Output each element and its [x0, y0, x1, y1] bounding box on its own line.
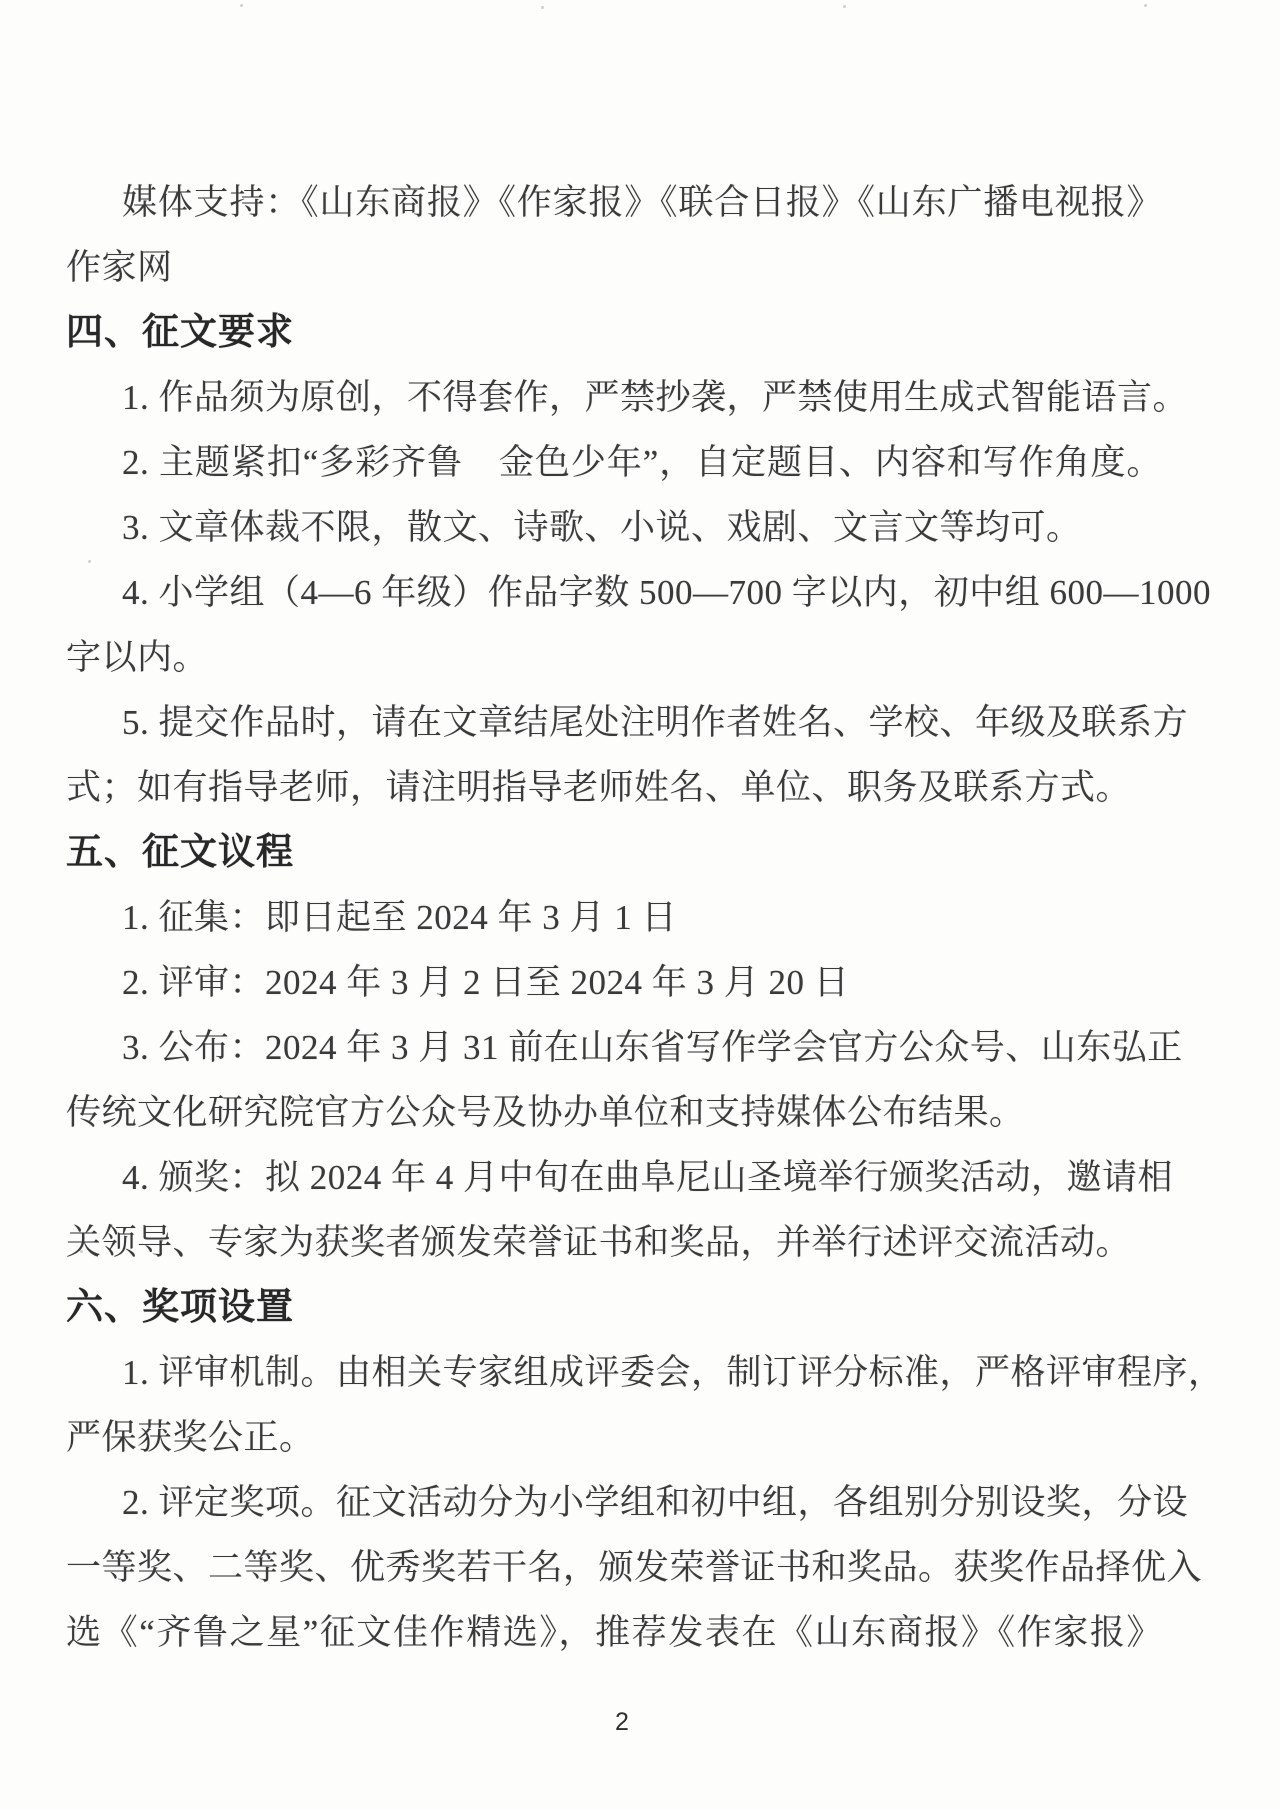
scan-speck	[1144, 4, 1147, 7]
scan-speck	[541, 6, 544, 9]
text-line: 作家网	[66, 235, 1162, 300]
text-line: 媒体支持：《山东商报》《作家报》《联合日报》《山东广播电视报》	[66, 170, 1162, 235]
text-line: 一等奖、二等奖、优秀奖若干名，颁发荣誉证书和奖品。获奖作品择优入	[66, 1535, 1162, 1600]
text-line: 2. 评审：2024 年 3 月 2 日至 2024 年 3 月 20 日	[66, 950, 1162, 1015]
text-line: 2. 评定奖项。征文活动分为小学组和初中组，各组别分别设奖，分设	[66, 1470, 1162, 1535]
scan-speck	[88, 560, 91, 563]
text-line: 3. 文章体裁不限，散文、诗歌、小说、戏剧、文言文等均可。	[66, 495, 1162, 560]
document-page: 媒体支持：《山东商报》《作家报》《联合日报》《山东广播电视报》作家网四、征文要求…	[0, 0, 1280, 1810]
page-footer: 2	[0, 1708, 1280, 1737]
text-line: 选《“齐鲁之星”征文佳作精选》，推荐发表在《山东商报》《作家报》	[66, 1600, 1162, 1665]
text-line: 1. 评审机制。由相关专家组成评委会，制订评分标准，严格评审程序，	[66, 1340, 1162, 1405]
page-number: 2	[615, 1708, 629, 1737]
scan-speck	[80, 1250, 83, 1253]
section-heading: 五、征文议程	[66, 820, 1162, 885]
text-line: 1. 征集：即日起至 2024 年 3 月 1 日	[66, 885, 1162, 950]
text-line: 式；如有指导老师，请注明指导老师姓名、单位、职务及联系方式。	[66, 755, 1162, 820]
scan-speck	[843, 5, 846, 8]
scan-speck	[240, 4, 243, 7]
text-line: 字以内。	[66, 625, 1162, 690]
text-line: 1. 作品须为原创，不得套作，严禁抄袭，严禁使用生成式智能语言。	[66, 365, 1162, 430]
text-line: 传统文化研究院官方公众号及协办单位和支持媒体公布结果。	[66, 1080, 1162, 1145]
text-line: 严保获奖公正。	[66, 1405, 1162, 1470]
section-heading: 四、征文要求	[66, 300, 1162, 365]
text-line: 关领导、专家为获奖者颁发荣誉证书和奖品，并举行述评交流活动。	[66, 1210, 1162, 1275]
text-line: 4. 小学组（4—6 年级）作品字数 500—700 字以内，初中组 600—1…	[66, 560, 1162, 625]
section-heading: 六、奖项设置	[66, 1275, 1162, 1340]
text-line: 2. 主题紧扣“多彩齐鲁 金色少年”，自定题目、内容和写作角度。	[66, 430, 1162, 495]
document-body: 媒体支持：《山东商报》《作家报》《联合日报》《山东广播电视报》作家网四、征文要求…	[66, 170, 1162, 1665]
text-line: 4. 颁奖：拟 2024 年 4 月中旬在曲阜尼山圣境举行颁奖活动，邀请相	[66, 1145, 1162, 1210]
text-line: 3. 公布：2024 年 3 月 31 前在山东省写作学会官方公众号、山东弘正	[66, 1015, 1162, 1080]
text-line: 5. 提交作品时，请在文章结尾处注明作者姓名、学校、年级及联系方	[66, 690, 1162, 755]
